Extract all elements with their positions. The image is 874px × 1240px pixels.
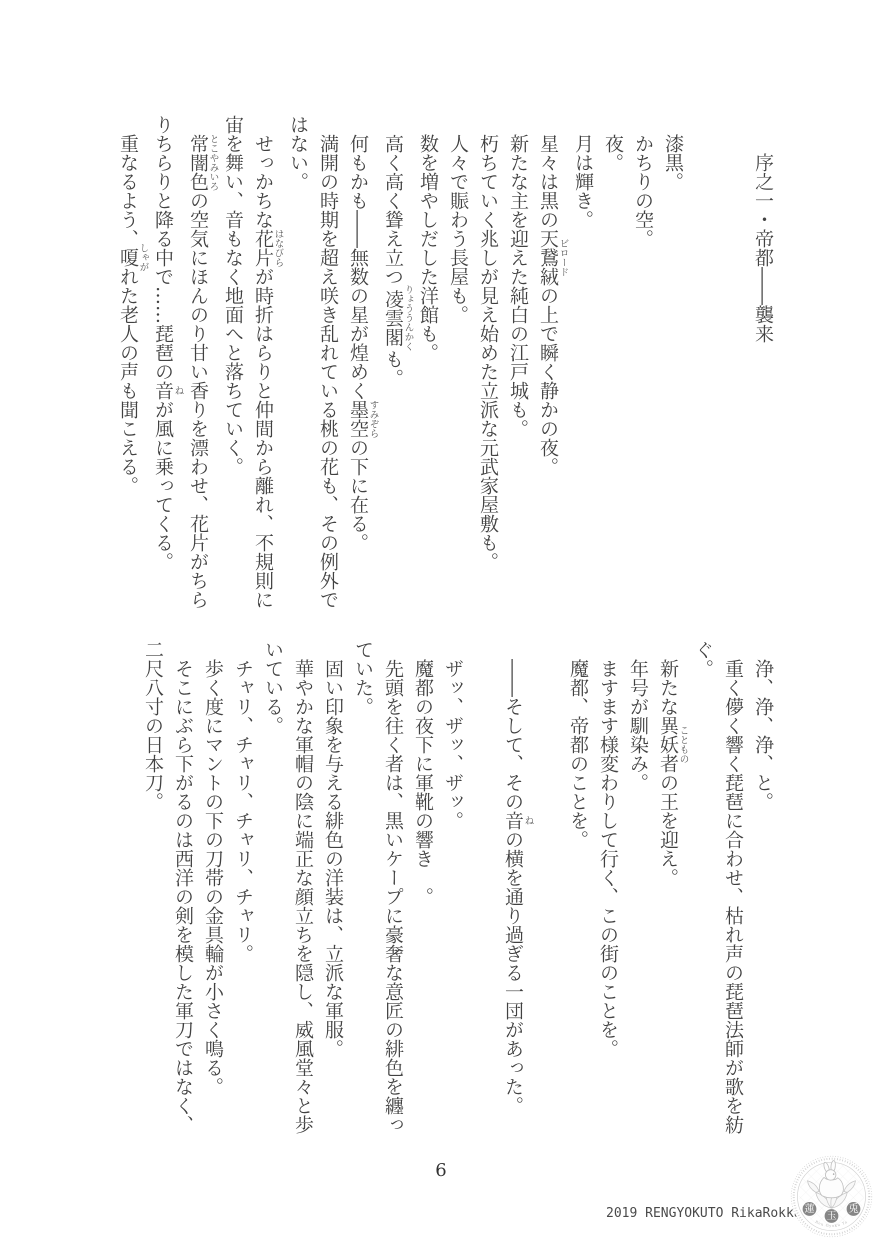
text-line: チャリ、チャリ、チャリ、チャリ。 [228, 640, 258, 1142]
text-line [468, 640, 498, 1142]
text-line: 宙を舞い、音もなく地面へと落ちていく。 [218, 115, 248, 617]
vertical-text-block-bottom: 浄、浄、浄、と。 重く儚く響く琵琶に合わせ、枯れ声の琵琶法師が歌を紡ぐ。 新たな… [138, 640, 778, 1142]
rabbit-lotus-stamp: 蓮 玉 兎 Ren Gyoku To [790, 1155, 873, 1238]
text-line: 華やかな軍帽の陰に端正な顔立ちを隠し、威風堂々と歩 [288, 640, 318, 1142]
text-line: 数を増やしだした洋館も。 [413, 115, 443, 617]
text-line: 新たな主を迎えた純白の江戸城も。 [503, 115, 533, 617]
badge-kanji-to: 兎 [848, 1202, 858, 1215]
copyright-text: 2019 RENGYOKUTO RikaRokka [606, 1206, 802, 1221]
text-line: せっかちな花片はなびらが時折はらりと仲間から離れ、不規則に [248, 115, 283, 617]
badge-kanji-ren: 蓮 [804, 1202, 814, 1215]
vertical-text-block-top: 序之一・帝都――襲来 漆黒。 かちりの空。 夜。 月は輝き。 星々は黒の天鵞絨ビ… [113, 115, 778, 617]
rabbit-eye [833, 1173, 834, 1174]
text-line: 人々で賑わう長屋も。 [443, 115, 473, 617]
page-number: 6 [415, 1160, 467, 1181]
ruby-annotated-word: 常闇色とこやみいろ [187, 134, 209, 191]
text-line: 固い印象を与える緋色の洋装は、立派な軍服。 [318, 640, 348, 1142]
badge-kanji-gyoku: 玉 [826, 1210, 836, 1222]
text-line: 夜。 [598, 115, 628, 617]
text-line: ぐ。 [688, 640, 718, 1142]
text-line: りちらりと降る中で……琵琶の音ねが風に乗ってくる。 [148, 115, 183, 617]
ruby-annotated-word: 凌雲閣りょううんかく [382, 286, 404, 349]
text-line: ますます様変わりして行く、この街のことを。 [593, 640, 623, 1142]
ruby-annotated-word: 天鵞絨ビロード [537, 229, 559, 286]
text-line: 満開の時期を超え咲き乱れている桃の花も、その例外で [313, 115, 343, 617]
ruby-annotated-word: 音ね [502, 811, 524, 830]
text-line: 新たな異妖者ことものの王を迎え。 [653, 640, 688, 1142]
text-line: 浄、浄、浄、と。 [748, 640, 778, 1142]
text-line: 常闇色とこやみいろの空気にほんのり甘い香りを漂わせ、花片がちら [183, 115, 218, 617]
text-line [688, 115, 718, 617]
text-line: 魔都、帝都のことを。 [563, 640, 593, 1142]
text-line: 重なるよう、嗄しゃがれた老人の声も聞こえる。 [113, 115, 148, 617]
ruby-annotated-word: 異妖者こともの [657, 716, 679, 773]
text-line: ――そして、その音ねの横を通り過ぎる一団があった。 [498, 640, 533, 1142]
text-line: 魔都の夜下に軍靴の響き 。 [408, 640, 438, 1142]
ruby-annotated-word: 音ね [152, 381, 174, 400]
text-line: 何もかも――無数の星が煌めく墨空すみぞらの下に在る。 [343, 115, 378, 617]
scanned-novel-page: 序之一・帝都――襲来 漆黒。 かちりの空。 夜。 月は輝き。 星々は黒の天鵞絨ビ… [0, 0, 874, 1240]
text-line: 序之一・帝都――襲来 [748, 115, 778, 617]
text-line [533, 640, 563, 1142]
text-line: ザッ、ザッ、ザッ。 [438, 640, 468, 1142]
text-line: 二尺八寸の日本刀。 [138, 640, 168, 1142]
ruby-annotated-word: 墨空すみぞら [347, 400, 369, 438]
text-line: ていた。 [348, 640, 378, 1142]
text-line: 高く高く聳え立つ凌雲閣りょううんかくも。 [378, 115, 413, 617]
text-line: 重く儚く響く琵琶に合わせ、枯れ声の琵琶法師が歌を紡 [718, 640, 748, 1142]
text-line: 漆黒。 [658, 115, 688, 617]
text-line: いている。 [258, 640, 288, 1142]
text-line: 先頭を往く者は、黒いケープに豪奢な意匠の緋色を纏っ [378, 640, 408, 1142]
ruby-annotated-word: 嗄しゃが [117, 248, 139, 267]
text-line: はない。 [283, 115, 313, 617]
text-line: 朽ちていく兆しが見え始めた立派な元武家屋敷も。 [473, 115, 503, 617]
text-line: そこにぶら下がるのは西洋の剣を模した軍刀ではなく、 [168, 640, 198, 1142]
text-line: かちりの空。 [628, 115, 658, 617]
text-line: 年号が馴染み。 [623, 640, 653, 1142]
text-line: 歩く度にマントの下の刀帯の金具輪が小さく鳴る。 [198, 640, 228, 1142]
text-line [718, 115, 748, 617]
text-line: 星々は黒の天鵞絨ビロードの上で瞬く静かの夜。 [533, 115, 568, 617]
ruby-annotated-word: 花片はなびら [252, 229, 274, 267]
text-line: 月は輝き。 [568, 115, 598, 617]
